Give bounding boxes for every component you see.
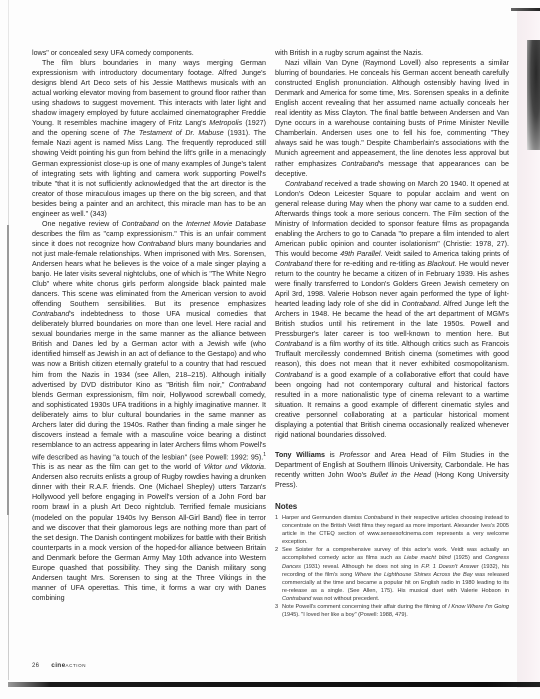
author-bio: Tony Williams is Professor and Area Head…	[275, 450, 509, 490]
paragraph: lows" or concealed sexy UFA comedy compo…	[32, 48, 266, 58]
right-column: with British in a rugby scrum against th…	[275, 48, 509, 619]
notes-list: 1Harper and Germunden dismiss Contraband…	[275, 514, 509, 619]
page-number: 26	[32, 663, 39, 669]
page-bottom-shadow	[8, 682, 540, 687]
magazine-logo-main: cine	[51, 662, 65, 669]
facing-page-photo-fragment	[527, 40, 540, 150]
magazine-logo-sub: ACTION	[66, 663, 87, 668]
magazine-page: lows" or concealed sexy UFA comedy compo…	[0, 0, 540, 699]
paragraph: One negative review of Contraband on the…	[32, 219, 266, 603]
facing-page-rule	[511, 8, 540, 11]
notes-heading: Notes	[275, 502, 509, 512]
page-binding-shadow	[7, 225, 9, 515]
page-footer: 26cineACTION	[32, 662, 86, 669]
note-item: 2See Soister for a comprehensive survey …	[275, 546, 509, 603]
paragraph: Nazi villain Van Dyne (Raymond Lovell) a…	[275, 58, 509, 179]
note-item: 3Note Powell's comment concerning their …	[275, 603, 509, 619]
note-item: 1Harper and Germunden dismiss Contraband…	[275, 514, 509, 546]
author-name: Tony Williams	[275, 451, 325, 459]
paragraph: with British in a rugby scrum against th…	[275, 48, 509, 58]
paragraph: The film blurs boundaries in many ways m…	[32, 58, 266, 219]
footnote-ref[interactable]: 1	[263, 452, 266, 458]
left-column: lows" or concealed sexy UFA comedy compo…	[32, 48, 266, 603]
paragraph: Contraband received a trade showing on M…	[275, 179, 509, 440]
